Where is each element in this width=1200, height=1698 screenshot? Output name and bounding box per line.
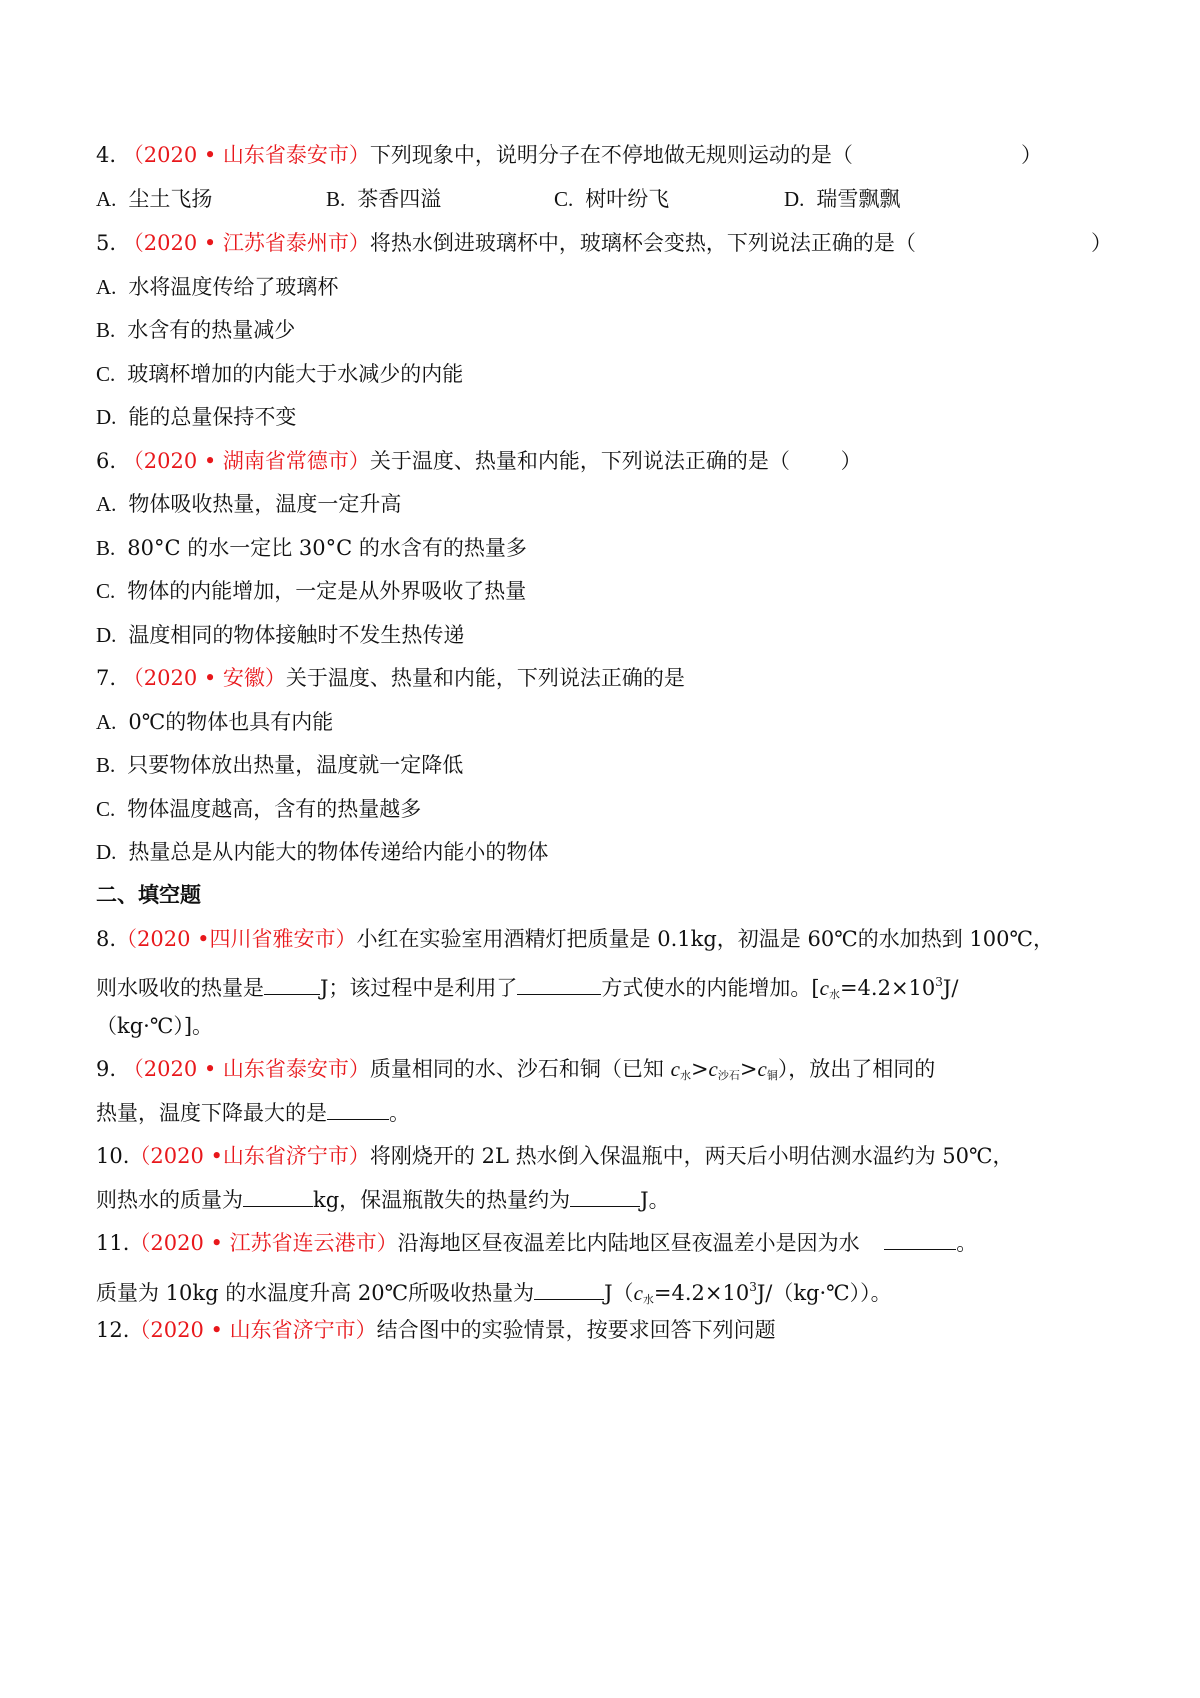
question-number: 11. bbox=[96, 1231, 129, 1255]
question-number: 9. bbox=[96, 1057, 116, 1081]
question-number: 10. bbox=[96, 1144, 129, 1168]
question-number: 7. bbox=[96, 666, 116, 690]
question-11-line-2: 质量为 10kg 的水温度升高 20℃所吸收热量为J（c水=4.2×103J/（… bbox=[96, 1272, 1104, 1315]
question-6-option-b: B.80°C 的水一定比 30°C 的水含有的热量多 bbox=[96, 533, 1104, 563]
answer-paren-close: ） bbox=[1091, 228, 1112, 258]
option-c: C.树叶纷飞 bbox=[554, 184, 669, 214]
answer-paren-close: ） bbox=[841, 449, 862, 473]
question-source: （2020 • 山东省泰安市） bbox=[123, 1057, 370, 1081]
question-8-line-3: （kg·℃）]。 bbox=[96, 1011, 1104, 1041]
question-text: 结合图中的实验情景，按要求回答下列问题 bbox=[377, 1318, 776, 1342]
question-source: （2020 • 江苏省泰州市） bbox=[123, 231, 370, 255]
question-source: （2020 • 湖南省常德市） bbox=[123, 449, 370, 473]
question-4-stem: 4. （2020 • 山东省泰安市）下列现象中，说明分子在不停地做无规则运动的是… bbox=[96, 140, 1104, 170]
answer-blank[interactable] bbox=[264, 974, 320, 995]
option-b: B.茶香四溢 bbox=[326, 184, 441, 214]
question-text: 将刚烧开的 2L 热水倒入保温瓶中，两天后小明估测水温约为 50℃， bbox=[370, 1144, 1014, 1168]
question-7-option-a: A.0℃的物体也具有内能 bbox=[96, 707, 1104, 737]
question-7-option-c: C.物体温度越高，含有的热量越多 bbox=[96, 794, 1104, 824]
question-6-stem: 6. （2020 • 湖南省常德市）关于温度、热量和内能，下列说法正确的是（ ） bbox=[96, 446, 1104, 476]
option-a: A.尘土飞扬 bbox=[96, 184, 212, 214]
question-9-line-1: 9. （2020 • 山东省泰安市）质量相同的水、沙石和铜（已知 c水>c沙石>… bbox=[96, 1054, 1104, 1091]
answer-blank[interactable] bbox=[884, 1229, 956, 1250]
question-source: （2020 •山东省济宁市） bbox=[129, 1144, 370, 1168]
question-source: （2020 • 山东省泰安市） bbox=[123, 143, 370, 167]
question-6-option-a: A.物体吸收热量，温度一定升高 bbox=[96, 489, 1104, 519]
question-12-stem: 12.（2020 • 山东省济宁市）结合图中的实验情景，按要求回答下列问题 bbox=[96, 1315, 1104, 1345]
question-text: 将热水倒进玻璃杯中，玻璃杯会变热，下列说法正确的是（ bbox=[370, 231, 916, 255]
answer-blank[interactable] bbox=[570, 1186, 640, 1207]
question-source: （2020 • 安徽） bbox=[123, 666, 286, 690]
question-number: 8. bbox=[96, 927, 116, 951]
question-source: （2020 • 江苏省连云港市） bbox=[129, 1231, 397, 1255]
section-heading: 二、填空题 bbox=[96, 880, 1104, 910]
question-5-option-a: A.水将温度传给了玻璃杯 bbox=[96, 272, 1104, 302]
question-11-line-1: 11.（2020 • 江苏省连云港市）沿海地区昼夜温差比内陆地区昼夜温差小是因为… bbox=[96, 1228, 1104, 1258]
question-source: （2020 •四川省雅安市） bbox=[116, 927, 357, 951]
question-5-option-c: C.玻璃杯增加的内能大于水减少的内能 bbox=[96, 359, 1104, 389]
question-5-option-d: D.能的总量保持不变 bbox=[96, 402, 1104, 432]
question-text: 关于温度、热量和内能，下列说法正确的是（ bbox=[370, 449, 790, 473]
question-5-option-b: B.水含有的热量减少 bbox=[96, 315, 1104, 345]
question-source: （2020 • 山东省济宁市） bbox=[129, 1318, 376, 1342]
question-number: 4. bbox=[96, 143, 116, 167]
question-6-option-d: D.温度相同的物体接触时不发生热传递 bbox=[96, 620, 1104, 650]
answer-blank[interactable] bbox=[517, 974, 601, 995]
question-9-line-2: 热量，温度下降最大的是。 bbox=[96, 1098, 1104, 1128]
question-number: 6. bbox=[96, 449, 116, 473]
option-d: D.瑞雪飘飘 bbox=[784, 184, 900, 214]
question-8-line-1: 8.（2020 •四川省雅安市）小红在实验室用酒精灯把质量是 0.1kg，初温是… bbox=[96, 924, 1104, 954]
question-7-option-b: B.只要物体放出热量，温度就一定降低 bbox=[96, 750, 1104, 780]
question-number: 5. bbox=[96, 231, 116, 255]
question-10-line-2: 则热水的质量为kg，保温瓶散失的热量约为J。 bbox=[96, 1185, 1104, 1215]
question-number: 12. bbox=[96, 1318, 129, 1342]
answer-blank[interactable] bbox=[243, 1186, 313, 1207]
answer-blank[interactable] bbox=[327, 1099, 389, 1120]
question-text: 小红在实验室用酒精灯把质量是 0.1kg，初温是 60℃的水加热到 100℃， bbox=[357, 927, 1054, 951]
question-text: 关于温度、热量和内能，下列说法正确的是 bbox=[286, 666, 685, 690]
question-8-line-2: 则水吸收的热量是J；该过程中是利用了方式使水的内能增加。[c水=4.2×103J… bbox=[96, 967, 1104, 1010]
question-10-line-1: 10.（2020 •山东省济宁市）将刚烧开的 2L 热水倒入保温瓶中，两天后小明… bbox=[96, 1141, 1104, 1171]
question-7-option-d: D.热量总是从内能大的物体传递给内能小的物体 bbox=[96, 837, 1104, 867]
question-6-option-c: C.物体的内能增加，一定是从外界吸收了热量 bbox=[96, 576, 1104, 606]
answer-blank[interactable] bbox=[534, 1279, 604, 1300]
question-7-stem: 7. （2020 • 安徽）关于温度、热量和内能，下列说法正确的是 bbox=[96, 663, 1104, 693]
answer-paren-close: ） bbox=[1021, 140, 1042, 170]
question-text: 下列现象中，说明分子在不停地做无规则运动的是（ bbox=[370, 143, 853, 167]
question-5-stem: 5. （2020 • 江苏省泰州市）将热水倒进玻璃杯中，玻璃杯会变热，下列说法正… bbox=[96, 228, 1104, 258]
